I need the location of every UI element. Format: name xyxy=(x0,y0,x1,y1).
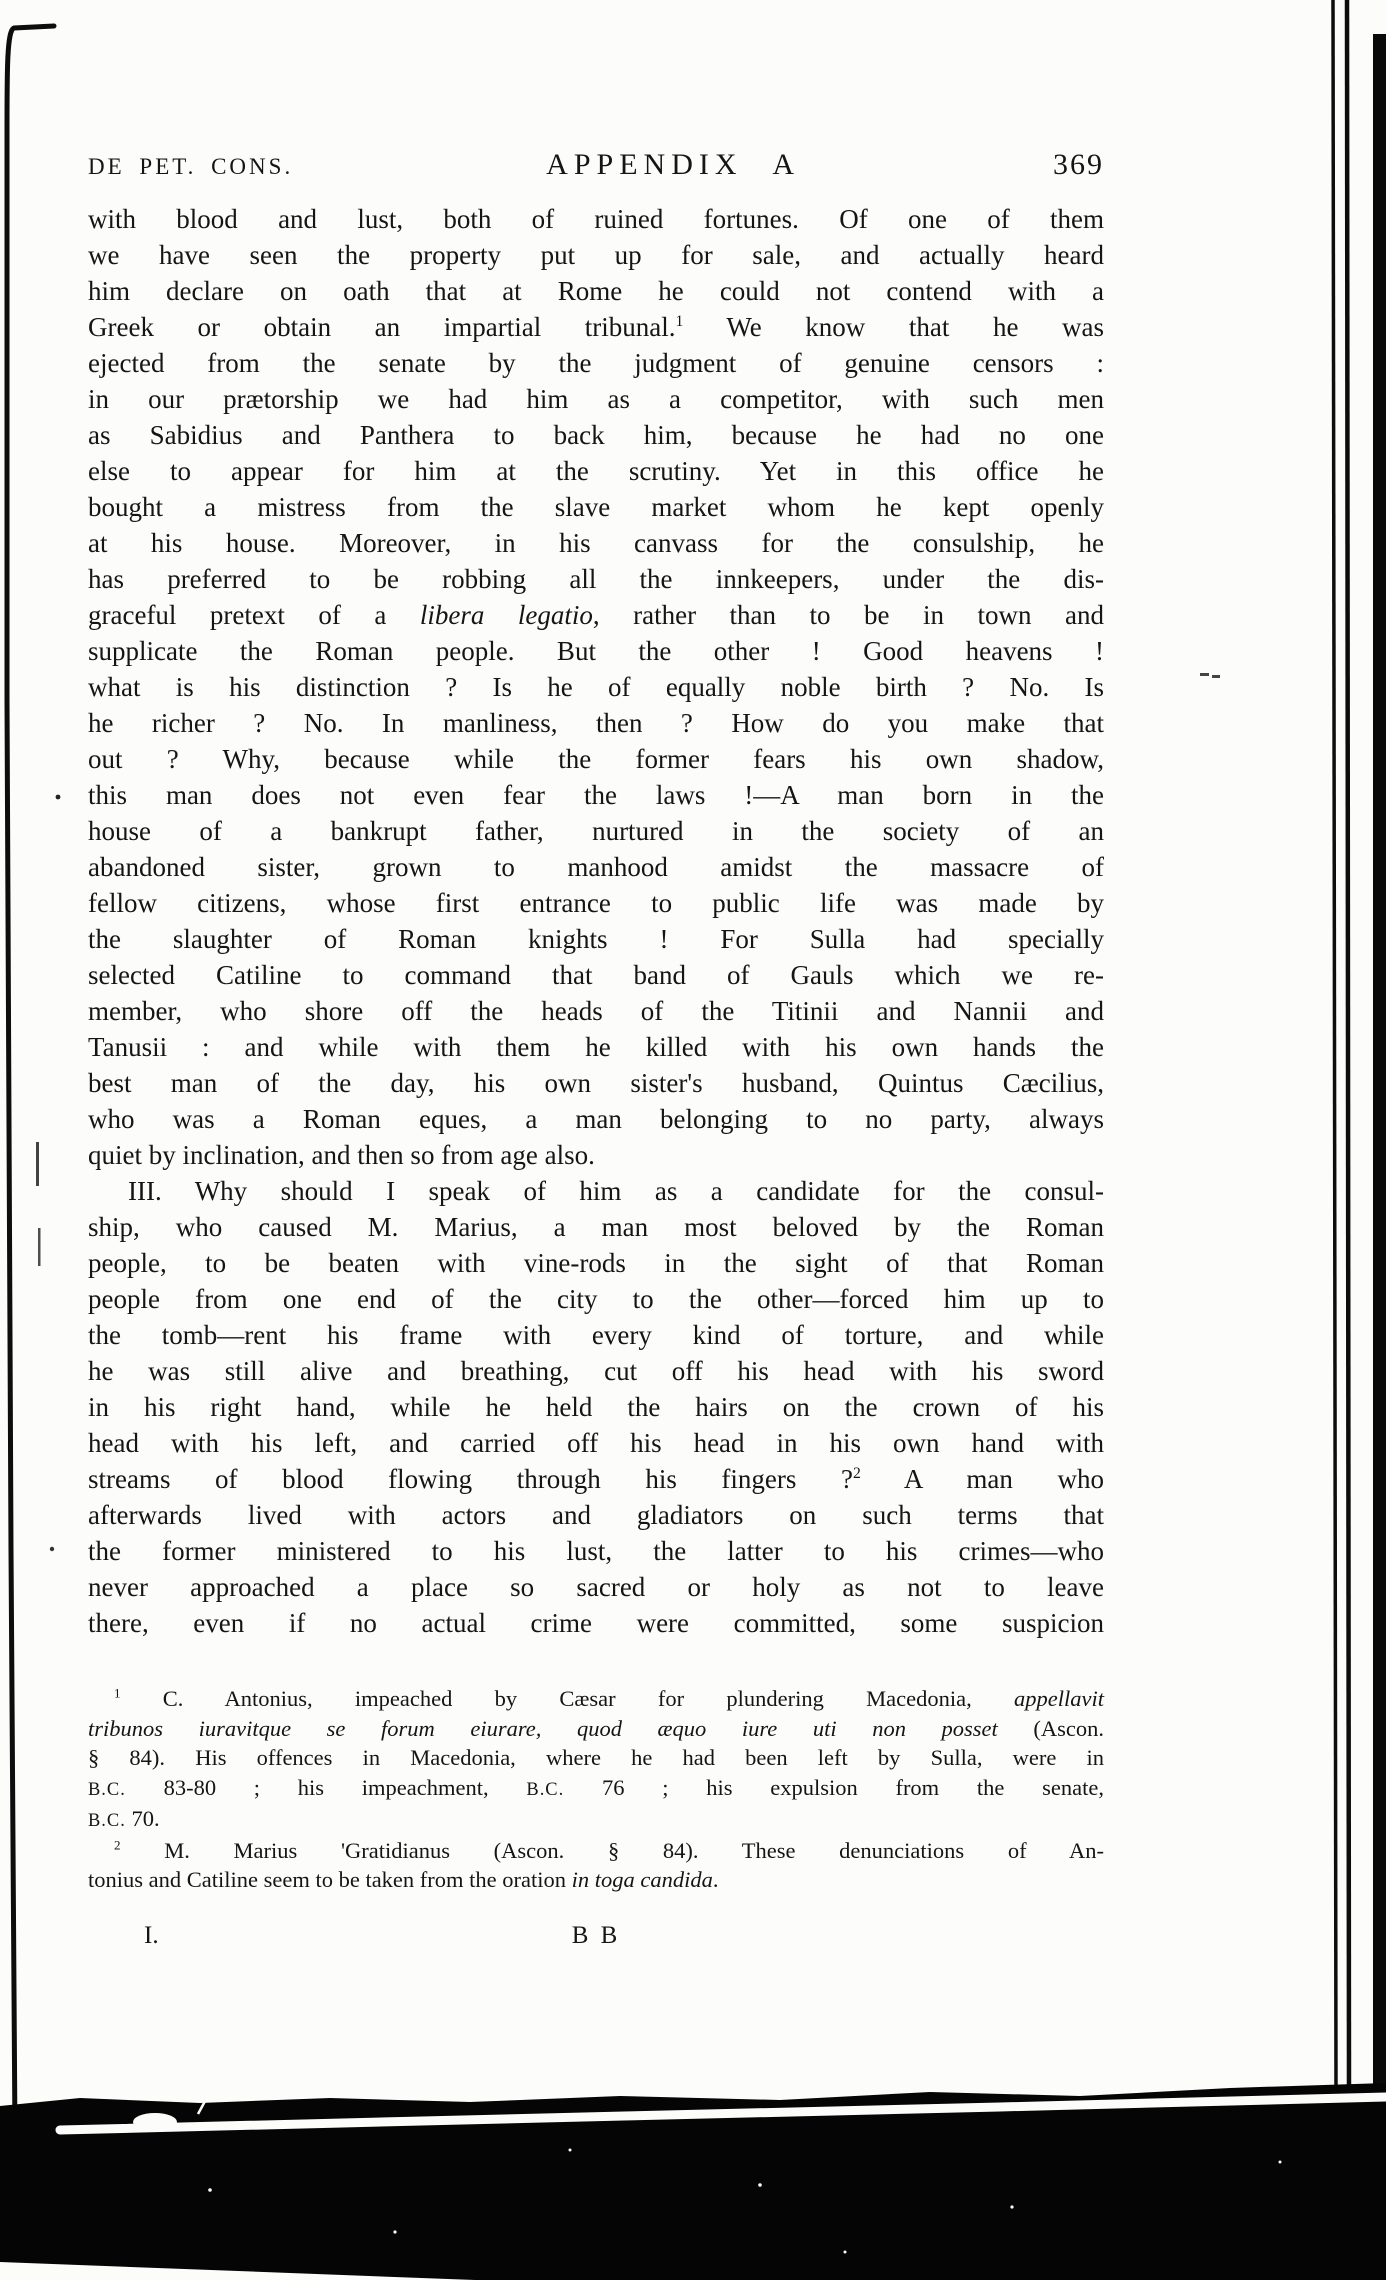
margin-speck xyxy=(38,1228,41,1266)
text-segment: M. Marius 'Gratidianus (Ascon. § 84). Th… xyxy=(121,1838,1104,1863)
text-segment: best man of the day, his own sister's hu… xyxy=(88,1068,1104,1098)
body-text-line: Greek or obtain an impartial tribunal.1 … xyxy=(88,309,1104,345)
scanned-book-page: DE PET. CONS. APPENDIX A 369 with blood … xyxy=(0,0,1386,2280)
text-segment: selected Catiline to command that band o… xyxy=(88,960,1104,990)
text-segment: people from one end of the city to the o… xyxy=(88,1284,1104,1314)
text-segment: the slaughter of Roman knights ! For Sul… xyxy=(88,924,1104,954)
body-text-line: he was still alive and breathing, cut of… xyxy=(88,1353,1104,1389)
body-text-line: who was a Roman eques, a man belonging t… xyxy=(88,1101,1104,1137)
body-text-line: head with his left, and carried off his … xyxy=(88,1425,1104,1461)
text-segment: (Ascon. xyxy=(998,1716,1104,1741)
text-segment: ejected from the senate by the judgment … xyxy=(88,348,1104,378)
footnote-line: 2 M. Marius 'Gratidianus (Ascon. § 84). … xyxy=(88,1836,1104,1866)
body-text-line: streams of blood flowing through his fin… xyxy=(88,1461,1104,1497)
right-page-edge-bar xyxy=(1373,34,1386,2112)
text-segment: in toga candida xyxy=(572,1867,713,1892)
body-text-line: people from one end of the city to the o… xyxy=(88,1281,1104,1317)
text-segment: at his house. Moreover, in his canvass f… xyxy=(88,528,1104,558)
body-text-line: member, who shore off the heads of the T… xyxy=(88,993,1104,1029)
body-text-line: at his house. Moreover, in his canvass f… xyxy=(88,525,1104,561)
text-segment: else to appear for him at the scrutiny. … xyxy=(88,456,1104,486)
text-segment: what is his distinction ? Is he of equal… xyxy=(88,672,1104,702)
text-segment: him declare on oath that at Rome he coul… xyxy=(88,276,1104,306)
body-text-line: with blood and lust, both of ruined fort… xyxy=(88,201,1104,237)
footnote-line: B.C. 83-80 ; his impeachment, B.C. 76 ; … xyxy=(88,1773,1104,1805)
text-segment: Tanusii : and while with them he killed … xyxy=(88,1032,1104,1062)
text-segment: A man who xyxy=(861,1464,1104,1494)
body-text-line: the tomb—rent his frame with every kind … xyxy=(88,1317,1104,1353)
text-segment: 76 ; his expulsion from the senate, xyxy=(564,1775,1104,1800)
footnote-line: tonius and Catiline seem to be taken fro… xyxy=(88,1865,1104,1895)
text-segment: streams of blood flowing through his fin… xyxy=(88,1464,853,1494)
body-text-line: Tanusii : and while with them he killed … xyxy=(88,1029,1104,1065)
text-segment: house of a bankrupt father, nurtured in … xyxy=(88,816,1104,846)
scan-band-dot xyxy=(758,2183,762,2187)
scan-band-dot xyxy=(569,2149,572,2152)
text-segment: ship, who caused M. Marius, a man most b… xyxy=(88,1212,1104,1242)
left-page-edge-line xyxy=(7,26,54,2138)
body-text-line: as Sabidius and Panthera to back him, be… xyxy=(88,417,1104,453)
scan-band-white-slash xyxy=(198,2092,210,2114)
body-text-line: fellow citizens, whose first entrance to… xyxy=(88,885,1104,921)
running-title: DE PET. CONS. xyxy=(88,154,293,180)
text-segment: quiet by inclination, and then so from a… xyxy=(88,1140,595,1170)
body-text-line: the former ministered to his lust, the l… xyxy=(88,1533,1104,1569)
text-segment: in our prætorship we had him as a compet… xyxy=(88,384,1104,414)
body-text-line: has preferred to be robbing all the innk… xyxy=(88,561,1104,597)
scan-band-white-streak xyxy=(60,2097,1386,2130)
body-text-line: ship, who caused M. Marius, a man most b… xyxy=(88,1209,1104,1245)
text-segment: in his right hand, while he held the hai… xyxy=(88,1392,1104,1422)
body-text-line: the slaughter of Roman knights ! For Sul… xyxy=(88,921,1104,957)
text-segment: appellavit xyxy=(1014,1686,1104,1711)
body-text-line: he richer ? No. In manliness, then ? How… xyxy=(88,705,1104,741)
text-segment: we have seen the property put up for sal… xyxy=(88,240,1104,270)
body-text-line: selected Catiline to command that band o… xyxy=(88,957,1104,993)
scan-band-white-blob xyxy=(133,2113,177,2131)
text-segment: tonius and Catiline seem to be taken fro… xyxy=(88,1867,572,1892)
text-segment: the tomb—rent his frame with every kind … xyxy=(88,1320,1104,1350)
text-segment: , rather than to be in town and xyxy=(593,600,1104,630)
scan-bottom-black-band xyxy=(0,2083,1386,2280)
body-text-line: there, even if no actual crime were comm… xyxy=(88,1605,1104,1641)
footnote-line: B.C. 70. xyxy=(88,1804,1104,1836)
body-text: with blood and lust, both of ruined fort… xyxy=(88,201,1104,1641)
text-segment: there, even if no actual crime were comm… xyxy=(88,1608,1104,1638)
margin-speck xyxy=(56,795,61,800)
text-segment: III. Why should I speak of him as a cand… xyxy=(128,1176,1104,1206)
text-segment: . xyxy=(713,1867,719,1892)
footnote-line: tribunos iuravitque se forum eiurare, qu… xyxy=(88,1714,1104,1744)
text-segment: as Sabidius and Panthera to back him, be… xyxy=(88,420,1104,450)
text-segment: We know that he was xyxy=(683,312,1104,342)
text-segment: supplicate the Roman people. But the oth… xyxy=(88,636,1104,666)
body-text-line: III. Why should I speak of him as a cand… xyxy=(88,1173,1104,1209)
body-text-line: ejected from the senate by the judgment … xyxy=(88,345,1104,381)
scan-band-dot xyxy=(393,2230,396,2233)
body-text-line: best man of the day, his own sister's hu… xyxy=(88,1065,1104,1101)
text-segment: has preferred to be robbing all the innk… xyxy=(88,564,1104,594)
text-segment: libera legatio xyxy=(420,600,593,630)
body-text-line: house of a bankrupt father, nurtured in … xyxy=(88,813,1104,849)
footnote-line: § 84). His offences in Macedonia, where … xyxy=(88,1743,1104,1773)
right-margin-line-inner xyxy=(1333,0,1336,2092)
margin-speck xyxy=(1212,675,1220,678)
section-title: APPENDIX A xyxy=(546,148,800,182)
text-segment: bought a mistress from the slave market … xyxy=(88,492,1104,522)
text-segment: he richer ? No. In manliness, then ? How… xyxy=(88,708,1104,738)
gathering-mark: B B xyxy=(88,1922,1104,1950)
text-segment: 70. xyxy=(126,1806,160,1831)
scan-band-dot xyxy=(1010,2205,1013,2208)
body-text-line: people, to be beaten with vine-rods in t… xyxy=(88,1245,1104,1281)
text-segment: tribunos iuravitque se forum eiurare, qu… xyxy=(88,1716,998,1741)
body-text-line: abandoned sister, grown to manhood amids… xyxy=(88,849,1104,885)
body-text-line: him declare on oath that at Rome he coul… xyxy=(88,273,1104,309)
text-segment: fellow citizens, whose first entrance to… xyxy=(88,888,1104,918)
footnote-line: 1 C. Antonius, impeached by Cæsar for pl… xyxy=(88,1684,1104,1714)
page-number: 369 xyxy=(1053,148,1104,182)
scan-band-dot xyxy=(1279,2161,1282,2164)
signature-line: I. B B xyxy=(88,1922,1104,1962)
margin-speck xyxy=(50,1547,54,1551)
text-segment: head with his left, and carried off his … xyxy=(88,1428,1104,1458)
text-segment: § 84). His offences in Macedonia, where … xyxy=(88,1745,1104,1770)
page-header: DE PET. CONS. APPENDIX A 369 xyxy=(88,148,1104,182)
body-text-line: what is his distinction ? Is he of equal… xyxy=(88,669,1104,705)
body-text-line: else to appear for him at the scrutiny. … xyxy=(88,453,1104,489)
margin-speck xyxy=(36,1142,39,1186)
text-segment: B.C. xyxy=(88,1810,126,1830)
body-text-line: out ? Why, because while the former fear… xyxy=(88,741,1104,777)
text-segment: member, who shore off the heads of the T… xyxy=(88,996,1104,1026)
margin-speck xyxy=(1200,673,1209,676)
text-segment: people, to be beaten with vine-rods in t… xyxy=(88,1248,1104,1278)
text-segment: never approached a place so sacred or ho… xyxy=(88,1572,1104,1602)
body-text-line: afterwards lived with actors and gladiat… xyxy=(88,1497,1104,1533)
scan-band-dot xyxy=(844,2251,847,2254)
right-margin-line-outer xyxy=(1347,0,1349,2098)
body-text-line: in his right hand, while he held the hai… xyxy=(88,1389,1104,1425)
text-segment: with blood and lust, both of ruined fort… xyxy=(88,204,1104,234)
footnotes: 1 C. Antonius, impeached by Cæsar for pl… xyxy=(88,1684,1104,1895)
body-text-line: supplicate the Roman people. But the oth… xyxy=(88,633,1104,669)
text-segment: C. Antonius, impeached by Cæsar for plun… xyxy=(121,1686,1014,1711)
body-text-line: this man does not even fear the laws !—A… xyxy=(88,777,1104,813)
body-text-line: bought a mistress from the slave market … xyxy=(88,489,1104,525)
body-text-line: we have seen the property put up for sal… xyxy=(88,237,1104,273)
text-segment: Greek or obtain an impartial tribunal. xyxy=(88,312,676,342)
text-segment: 83-80 ; his impeachment, xyxy=(126,1775,527,1800)
body-text-line: graceful pretext of a libera legatio, ra… xyxy=(88,597,1104,633)
footnote-reference-marker: 2 xyxy=(853,1465,861,1482)
body-text-line: in our prætorship we had him as a compet… xyxy=(88,381,1104,417)
text-segment: afterwards lived with actors and gladiat… xyxy=(88,1500,1104,1530)
body-text-line: quiet by inclination, and then so from a… xyxy=(88,1137,1104,1173)
body-text-line: never approached a place so sacred or ho… xyxy=(88,1569,1104,1605)
text-segment: out ? Why, because while the former fear… xyxy=(88,744,1104,774)
text-segment: he was still alive and breathing, cut of… xyxy=(88,1356,1104,1386)
text-segment: B.C. xyxy=(88,1779,126,1799)
text-segment: this man does not even fear the laws !—A… xyxy=(88,780,1104,810)
text-segment: abandoned sister, grown to manhood amids… xyxy=(88,852,1104,882)
scan-band-dot xyxy=(208,2188,212,2192)
text-segment: B.C. xyxy=(526,1779,564,1799)
text-segment: graceful pretext of a xyxy=(88,600,420,630)
text-segment: who was a Roman eques, a man belonging t… xyxy=(88,1104,1104,1134)
text-segment: the former ministered to his lust, the l… xyxy=(88,1536,1104,1566)
